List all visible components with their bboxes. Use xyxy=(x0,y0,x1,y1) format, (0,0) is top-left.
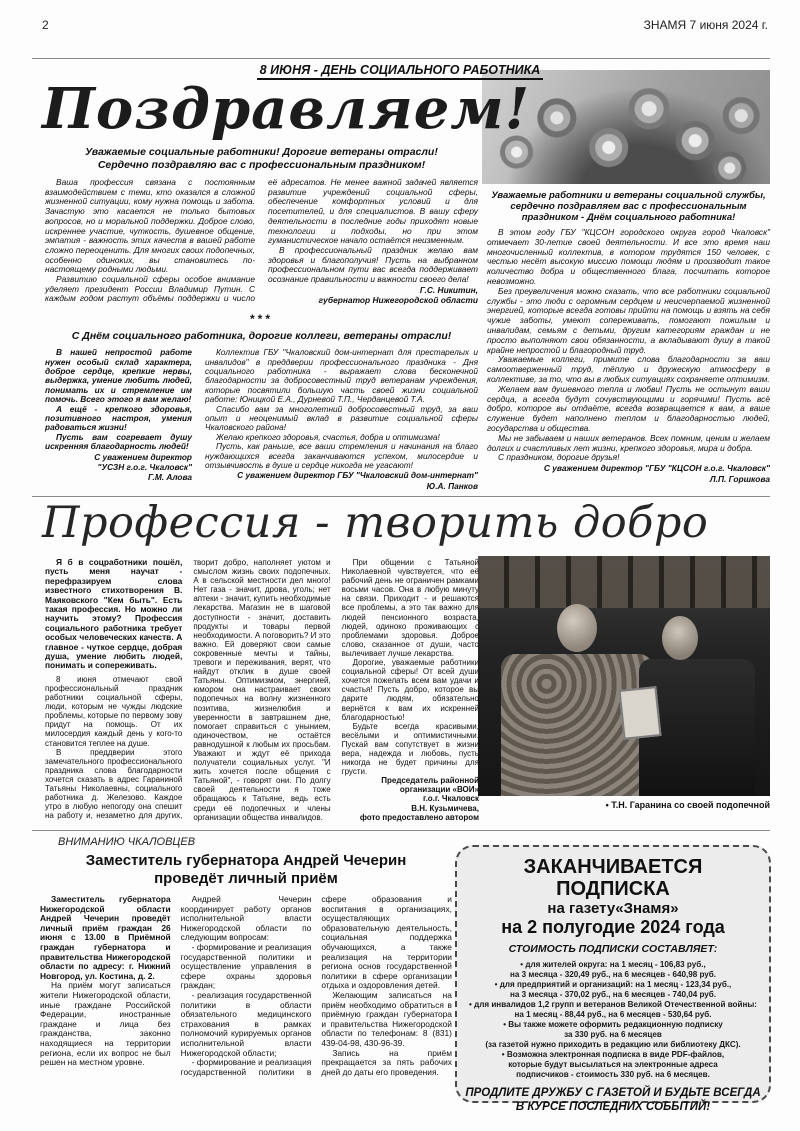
signature-line: Ю.А. Панков xyxy=(205,482,478,491)
subscription-footer: ПРОДЛИТЕ ДРУЖБУ С ГАЗЕТОЙ И БУДЬТЕ ВСЕГД… xyxy=(465,1087,761,1114)
garanina-photo xyxy=(478,556,770,796)
subscription-price-line: • для предприятий и организаций: на 1 ме… xyxy=(465,980,761,990)
article-paragraph: Спасибо вам за многолетний добросовестны… xyxy=(205,405,478,433)
article-paragraph: При общении с Татьяной Николаевной чувст… xyxy=(342,558,479,658)
signature-line: Л.П. Горшкова xyxy=(487,475,770,485)
subtitle-line: Сердечно поздравляю вас с профессиональн… xyxy=(45,159,478,172)
subscription-price-line: • для инвалидов 1,2 групп и ветеранов Ве… xyxy=(465,1000,761,1010)
signature-line: г.о.г. Чкаловск xyxy=(342,794,479,803)
subscription-price-line: (за газетой нужно приходить в редакцию и… xyxy=(465,1040,761,1050)
article-paragraph: В нашей непростой работе нужен особый ск… xyxy=(45,348,192,404)
subscription-price-line: на 3 месяца - 370,02 руб., на 6 месяцев … xyxy=(465,990,761,1000)
section-divider xyxy=(32,496,770,497)
signature-line: В.Н. Кузьмичева, xyxy=(342,804,479,813)
subtitle-line: Уважаемые социальные работники! Дорогие … xyxy=(45,146,478,159)
subscription-box: ЗАКАНЧИВАЕТСЯ ПОДПИСКА на газету«Знамя» … xyxy=(455,845,771,1103)
signature-line: организации «ВОИ» xyxy=(342,785,479,794)
article-paragraph: Пусть, как раньше, все ваши стремления и… xyxy=(205,442,478,470)
photo-person-detail xyxy=(557,604,597,652)
signature-line: С уважением директор ГБУ "Чкаловский дом… xyxy=(205,471,478,480)
uszn-letter: В нашей непростой работе нужен особый ск… xyxy=(45,348,192,491)
governor-letter: Ваша профессия связана с постоянным взаи… xyxy=(45,178,478,306)
page-header: 2 ЗНАМЯ 7 июня 2024 г. xyxy=(42,18,768,32)
masthead-date: ЗНАМЯ 7 июня 2024 г. xyxy=(644,18,768,32)
kcson-letter: Уважаемые работники и ветераны социально… xyxy=(487,190,770,485)
headline-line: проведёт личный приём xyxy=(40,870,452,888)
photo-shelf-detail xyxy=(478,556,770,608)
profession-signature: Председатель районной организации «ВОИ» … xyxy=(342,776,479,821)
subscription-price-line: • Вы также можете оформить редакционную … xyxy=(465,1020,761,1030)
article-paragraph: - реализация государственной политики в … xyxy=(181,991,312,1058)
subscription-price-line: за 330 руб. на 6 месяцев xyxy=(465,1030,761,1040)
article-paragraph: На приём могут записаться жители Нижегор… xyxy=(40,981,171,1067)
article-paragraph: Желаем вам душевного тепла и любви! Пуст… xyxy=(487,385,770,434)
article-paragraph: Дорогие, уважаемые работники социальной … xyxy=(342,658,479,722)
article-paragraph: С праздником, дорогие друзья! xyxy=(487,453,770,463)
subscription-price-line: на 3 месяца - 320,49 руб., на 6 месяцев … xyxy=(465,970,761,980)
newspaper-page: 2 ЗНАМЯ 7 июня 2024 г. 8 ИЮНЯ - ДЕНЬ СОЦ… xyxy=(0,0,800,1131)
article-lead: Заместитель губернатора Нижегородской об… xyxy=(40,895,171,981)
signature-line: Председатель районной xyxy=(342,776,479,785)
signature-line: Г.С. Никитин, xyxy=(268,286,478,296)
signature-line: "УСЗН г.о.г. Чкаловск" xyxy=(45,463,192,472)
header-divider xyxy=(32,58,770,59)
profession-headline: Профессия - творить добро xyxy=(42,498,772,548)
colleagues-columns: В нашей непростой работе нужен особый ск… xyxy=(45,348,478,491)
article-lead: Я б в соцработники пошёл, пусть меня нау… xyxy=(45,558,182,671)
congrats-headline: Поздравляем! xyxy=(42,76,487,142)
signature-line: фото предоставлено автором xyxy=(342,813,479,822)
article-paragraph: В профессиональный праздник желаю вам зд… xyxy=(268,246,478,285)
article-paragraph: - формирование и реализация государствен… xyxy=(181,943,312,991)
subscription-price-line: на 1 месяц - 88,44 руб., на 6 месяцев - … xyxy=(465,1010,761,1020)
subscription-price-line: которые будут высылаться на электронные … xyxy=(465,1060,761,1070)
kcson-intro: Уважаемые работники и ветераны социально… xyxy=(487,190,770,223)
subscription-title: на газету«Знамя» xyxy=(465,900,761,917)
signature-line: Г.М. Алова xyxy=(45,473,192,482)
signature-line: С уважением директор "ГБУ "КЦСОН г.о.г. … xyxy=(487,464,770,474)
congrats-left-column: Уважаемые социальные работники! Дорогие … xyxy=(45,146,478,491)
page-number: 2 xyxy=(42,18,49,32)
article-paragraph: Запись на приём прекращается за пять раб… xyxy=(321,1049,452,1078)
article-paragraph: А ещё - крепкого здоровья, позитивного н… xyxy=(45,405,192,433)
colleagues-header: С Днём социального работника, дорогие ко… xyxy=(45,330,478,342)
internat-letter: Коллектив ГБУ "Чкаловский дом-интернат д… xyxy=(205,348,478,491)
article-paragraph: Коллектив ГБУ "Чкаловский дом-интернат д… xyxy=(205,348,478,404)
subscription-price-line: подписчиков - стоимость 330 руб. на 6 ме… xyxy=(465,1070,761,1080)
photo-caption: • Т.Н. Гаранина со своей подопечной xyxy=(480,800,770,810)
subscription-price-line: • Возможна электронная подписка в виде P… xyxy=(465,1050,761,1060)
section-kicker: 8 ИЮНЯ - ДЕНЬ СОЦИАЛЬНОГО РАБОТНИКА xyxy=(0,63,800,77)
article-paragraph: В этом году ГБУ "КЦСОН городского округа… xyxy=(487,228,770,287)
article-paragraph: 8 июня отмечают свой профессиональный пр… xyxy=(45,675,182,748)
attention-kicker: ВНИМАНИЮ ЧКАЛОВЦЕВ xyxy=(58,836,452,848)
subscription-title: на 2 полугодие 2024 года xyxy=(465,917,761,937)
article-paragraph: Будьте всегда красивыми, весёлыми и опти… xyxy=(342,722,479,777)
reception-headline: Заместитель губернатора Андрей Чечерин п… xyxy=(40,852,452,887)
photo-person-detail xyxy=(662,616,698,660)
footer-line: ПРОДЛИТЕ ДРУЖБУ С ГАЗЕТОЙ И БУДЬТЕ ВСЕГД… xyxy=(465,1087,761,1101)
reception-article: ВНИМАНИЮ ЧКАЛОВЦЕВ Заместитель губернато… xyxy=(40,836,452,1077)
photo-book-detail xyxy=(619,686,662,740)
headline-line: Заместитель губернатора Андрей Чечерин xyxy=(40,852,452,870)
article-paragraph: Ваша профессия связана с постоянным взаи… xyxy=(45,178,255,275)
article-paragraph: Без преувеличения можно сказать, что все… xyxy=(487,287,770,356)
profession-article: Я б в соцработники пошёл, пусть меня нау… xyxy=(45,558,479,822)
article-paragraph: Андрей Чечерин координирует работу орган… xyxy=(181,895,312,943)
article-paragraph: Желающим записаться на приём необходимо … xyxy=(321,991,452,1049)
article-paragraph: Мы не забываем и наших ветеранов. Всех п… xyxy=(487,434,770,454)
congrats-subtitle: Уважаемые социальные работники! Дорогие … xyxy=(45,146,478,171)
footer-line: В КУРСЕ ПОСЛЕДНИХ СОБЫТИЙ! xyxy=(465,1101,761,1115)
subscription-subtitle: СТОИМОСТЬ ПОДПИСКИ СОСТАВЛЯЕТ: xyxy=(465,943,761,955)
subscription-price-line: • для жителей округа: на 1 месяц - 106,8… xyxy=(465,960,761,970)
article-paragraph: Уважаемые коллеги, примите слова благода… xyxy=(487,355,770,384)
signature-line: С уважением директор xyxy=(45,453,192,462)
subscription-title: ЗАКАНЧИВАЕТСЯ ПОДПИСКА xyxy=(465,856,761,900)
bottom-divider xyxy=(32,830,770,831)
signature-line: губернатор Нижегородской области xyxy=(268,296,478,306)
article-paragraph: Пусть вам согревает душу искренняя благо… xyxy=(45,433,192,452)
divider-stars: *** xyxy=(45,312,478,326)
reception-body: Заместитель губернатора Нижегородской об… xyxy=(40,895,452,1077)
